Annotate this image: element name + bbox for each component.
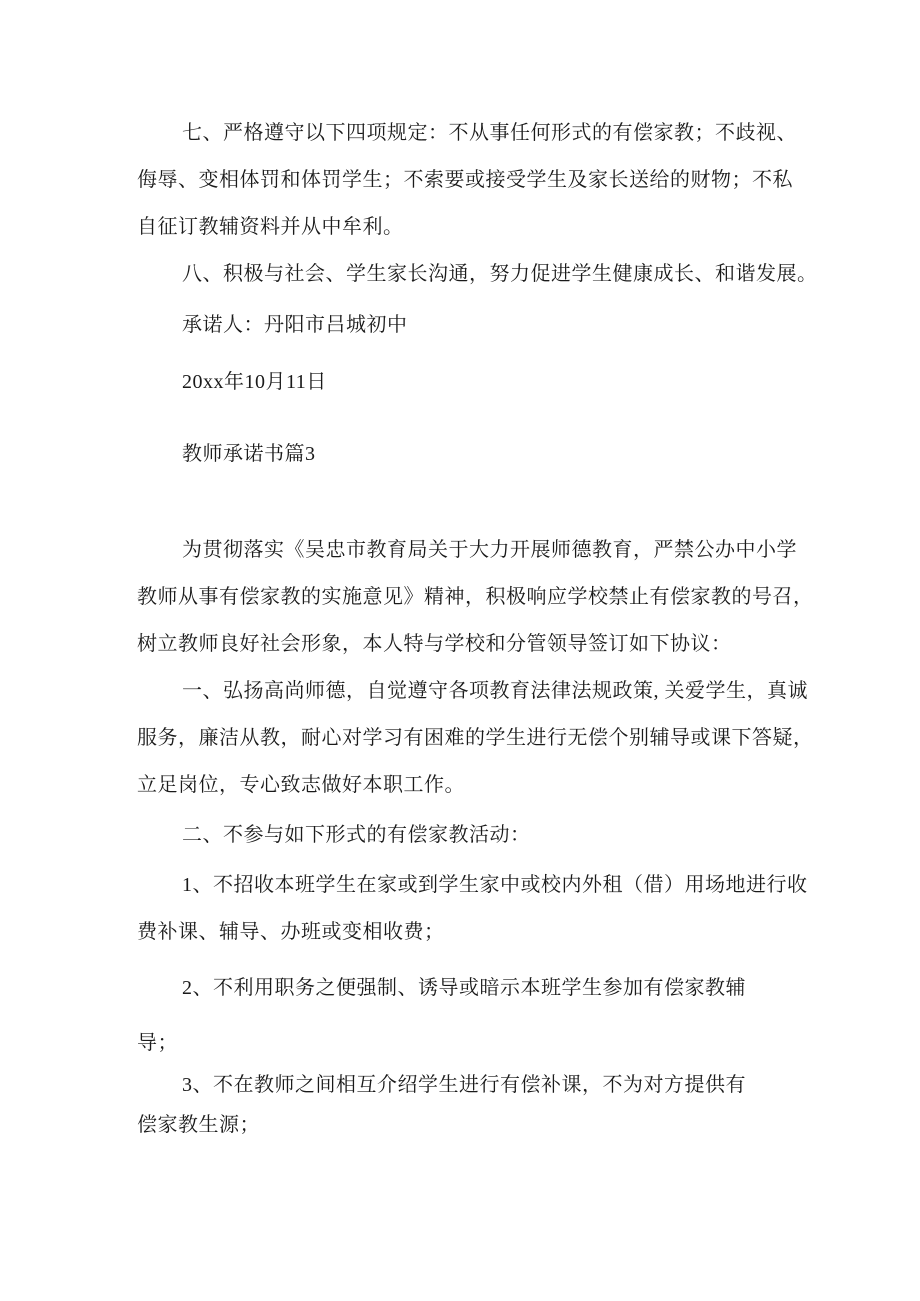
- date-line-1: 20xx年10月11日: [137, 359, 880, 406]
- paragraph-item-two: 二、不参与如下形式的有偿家教活动：: [137, 812, 880, 859]
- paragraph-preamble: 为贯彻落实《吴忠市教育局关于大力开展师德教育，严禁公办中小学教师从事有偿家教的实…: [137, 527, 880, 668]
- paragraph-section-title: 教师承诺书篇3: [137, 431, 880, 478]
- preamble-line-3: 树立教师良好社会形象，本人特与学校和分管领导签订如下协议：: [137, 621, 880, 668]
- item-one-line-3: 立足岗位，专心致志做好本职工作。: [137, 762, 880, 809]
- sub-item-1-line-1: 1、不招收本班学生在家或到学生家中或校内外租（借）用场地进行收: [137, 862, 880, 909]
- document-body: 七、严格遵守以下四项规定：不从事任何形式的有偿家教；不歧视、侮辱、变相体罚和体罚…: [137, 110, 880, 1145]
- preamble-line-1: 为贯彻落实《吴忠市教育局关于大力开展师德教育，严禁公办中小学: [137, 527, 880, 574]
- item-eight-line-1: 八、积极与社会、学生家长沟通，努力促进学生健康成长、和谐发展。: [137, 251, 880, 298]
- sub-item-3-line-2: 偿家教生源；: [137, 1105, 880, 1145]
- sub-item-3-line-1: 3、不在教师之间相互介绍学生进行有偿补课，不为对方提供有: [137, 1065, 880, 1105]
- paragraph-item-eight: 八、积极与社会、学生家长沟通，努力促进学生健康成长、和谐发展。: [137, 251, 880, 298]
- section-title-line-1: 教师承诺书篇3: [137, 431, 880, 478]
- item-two-line-1: 二、不参与如下形式的有偿家教活动：: [137, 812, 880, 859]
- paragraph-signatory: 承诺人：丹阳市吕城初中: [137, 302, 880, 349]
- item-seven-line-3: 自征订教辅资料并从中牟利。: [137, 204, 880, 251]
- item-one-line-1: 一、弘扬高尚师德，自觉遵守各项教育法律法规政策, 关爱学生，真诚: [137, 668, 880, 715]
- signatory-line-1: 承诺人：丹阳市吕城初中: [137, 302, 880, 349]
- item-seven-line-2: 侮辱、变相体罚和体罚学生；不索要或接受学生及家长送给的财物；不私: [137, 157, 880, 204]
- paragraph-date: 20xx年10月11日: [137, 359, 880, 406]
- preamble-line-2: 教师从事有偿家教的实施意见》精神，积极响应学校禁止有偿家教的号召，: [137, 574, 880, 621]
- paragraph-sub-item-1: 1、不招收本班学生在家或到学生家中或校内外租（借）用场地进行收费补课、辅导、办班…: [137, 862, 880, 956]
- sub-item-1-line-2: 费补课、辅导、办班或变相收费；: [137, 909, 880, 956]
- paragraph-item-seven: 七、严格遵守以下四项规定：不从事任何形式的有偿家教；不歧视、侮辱、变相体罚和体罚…: [137, 110, 880, 251]
- item-one-line-2: 服务，廉洁从教，耐心对学习有困难的学生进行无偿个别辅导或课下答疑，: [137, 715, 880, 762]
- document-page: 七、严格遵守以下四项规定：不从事任何形式的有偿家教；不歧视、侮辱、变相体罚和体罚…: [0, 0, 920, 1301]
- sub-item-2-line-2: 导；: [137, 1016, 880, 1071]
- sub-item-2-line-1: 2、不利用职务之便强制、诱导或暗示本班学生参加有偿家教辅: [137, 961, 880, 1016]
- item-seven-line-1: 七、严格遵守以下四项规定：不从事任何形式的有偿家教；不歧视、: [137, 110, 880, 157]
- paragraph-item-one: 一、弘扬高尚师德，自觉遵守各项教育法律法规政策, 关爱学生，真诚服务，廉洁从教，…: [137, 668, 880, 809]
- paragraph-sub-item-2: 2、不利用职务之便强制、诱导或暗示本班学生参加有偿家教辅导；: [137, 961, 880, 1071]
- paragraph-sub-item-3: 3、不在教师之间相互介绍学生进行有偿补课，不为对方提供有偿家教生源；: [137, 1065, 880, 1145]
